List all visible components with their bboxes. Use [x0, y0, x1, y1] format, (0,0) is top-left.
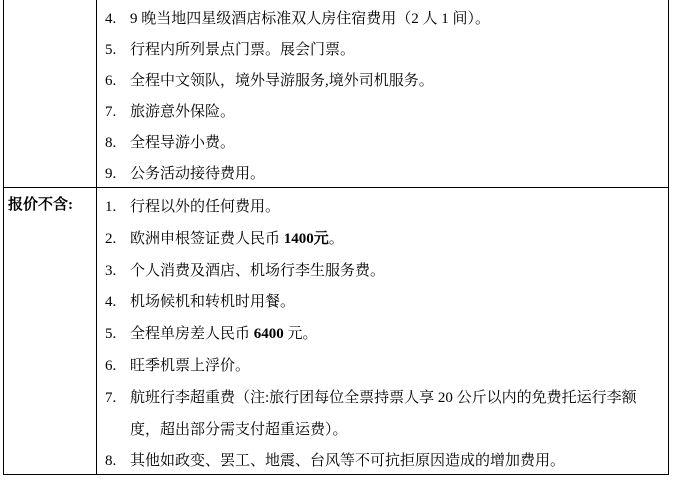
item-number: 8. [105, 446, 130, 474]
list-item: 5. 行程内所列景点门票。展会门票。 [105, 35, 660, 66]
item-text: 航班行李超重费（注:旅行团每位全票持票人享 20 公斤以内的免费托运行李额度，超… [130, 383, 660, 447]
item-number: 5. [105, 35, 130, 66]
item-number: 2. [105, 224, 130, 256]
list-item: 1. 行程以外的任何费用。 [105, 192, 660, 224]
item-number: 6. [105, 66, 130, 97]
list-item: 8. 其他如政变、罢工、地震、台风等不可抗拒原因造成的增加费用。 [105, 446, 660, 474]
item-text: 旺季机票上浮价。 [130, 351, 660, 383]
item-text: 旅游意外保险。 [130, 97, 660, 128]
item-number: 4. [105, 4, 130, 35]
list-item: 6. 全程中文领队，境外导游服务,境外司机服务。 [105, 66, 660, 97]
list-item: 4. 机场候机和转机时用餐。 [105, 287, 660, 319]
item-text: 全程单房差人民币 6400 元。 [130, 319, 660, 351]
item-number: 5. [105, 319, 130, 351]
list-item: 3. 个人消费及酒店、机场行李生服务费。 [105, 256, 660, 288]
highlighted-amount: 1400元 [284, 231, 329, 247]
list-item: 6. 旺季机票上浮价。 [105, 351, 660, 383]
list-item: 2. 欧洲申根签证费人民币 1400元。 [105, 224, 660, 256]
list-item: 4. 9 晚当地四星级酒店标准双人房住宿费用（2 人 1 间）。 [105, 4, 660, 35]
item-text: 公务活动接待费用。 [130, 159, 660, 188]
list-item: 9. 公务活动接待费用。 [105, 159, 660, 188]
item-text: 全程中文领队，境外导游服务,境外司机服务。 [130, 66, 660, 97]
item-text: 全程导游小费。 [130, 128, 660, 159]
item-text: 行程以外的任何费用。 [130, 192, 660, 224]
included-items-cell: 4. 9 晚当地四星级酒店标准双人房住宿费用（2 人 1 间）。 5. 行程内所… [97, 0, 668, 187]
row-label-excluded: 报价不含: [4, 188, 97, 474]
item-number: 8. [105, 128, 130, 159]
item-number: 6. [105, 351, 130, 383]
table-row-included: 4. 9 晚当地四星级酒店标准双人房住宿费用（2 人 1 间）。 5. 行程内所… [4, 0, 668, 188]
quotation-table: 4. 9 晚当地四星级酒店标准双人房住宿费用（2 人 1 间）。 5. 行程内所… [3, 0, 669, 475]
item-number: 1. [105, 192, 130, 224]
item-number: 7. [105, 97, 130, 128]
list-item: 7. 航班行李超重费（注:旅行团每位全票持票人享 20 公斤以内的免费托运行李额… [105, 383, 660, 447]
list-item: 5. 全程单房差人民币 6400 元。 [105, 319, 660, 351]
item-number: 9. [105, 159, 130, 188]
excluded-items-cell: 1. 行程以外的任何费用。 2. 欧洲申根签证费人民币 1400元。 3. 个人… [97, 188, 668, 474]
item-number: 4. [105, 287, 130, 319]
item-text: 9 晚当地四星级酒店标准双人房住宿费用（2 人 1 间）。 [130, 4, 660, 35]
table-row-excluded: 报价不含: 1. 行程以外的任何费用。 2. 欧洲申根签证费人民币 1400元。… [4, 188, 668, 474]
item-text: 机场候机和转机时用餐。 [130, 287, 660, 319]
item-number: 3. [105, 256, 130, 288]
document-page: 4. 9 晚当地四星级酒店标准双人房住宿费用（2 人 1 间）。 5. 行程内所… [0, 0, 673, 494]
item-text: 个人消费及酒店、机场行李生服务费。 [130, 256, 660, 288]
item-text: 行程内所列景点门票。展会门票。 [130, 35, 660, 66]
row-label-empty [4, 0, 97, 187]
highlighted-amount: 6400 [254, 326, 284, 342]
item-text: 其他如政变、罢工、地震、台风等不可抗拒原因造成的增加费用。 [130, 446, 660, 474]
item-number: 7. [105, 383, 130, 447]
list-item: 8. 全程导游小费。 [105, 128, 660, 159]
item-text: 欧洲申根签证费人民币 1400元。 [130, 224, 660, 256]
list-item: 7. 旅游意外保险。 [105, 97, 660, 128]
